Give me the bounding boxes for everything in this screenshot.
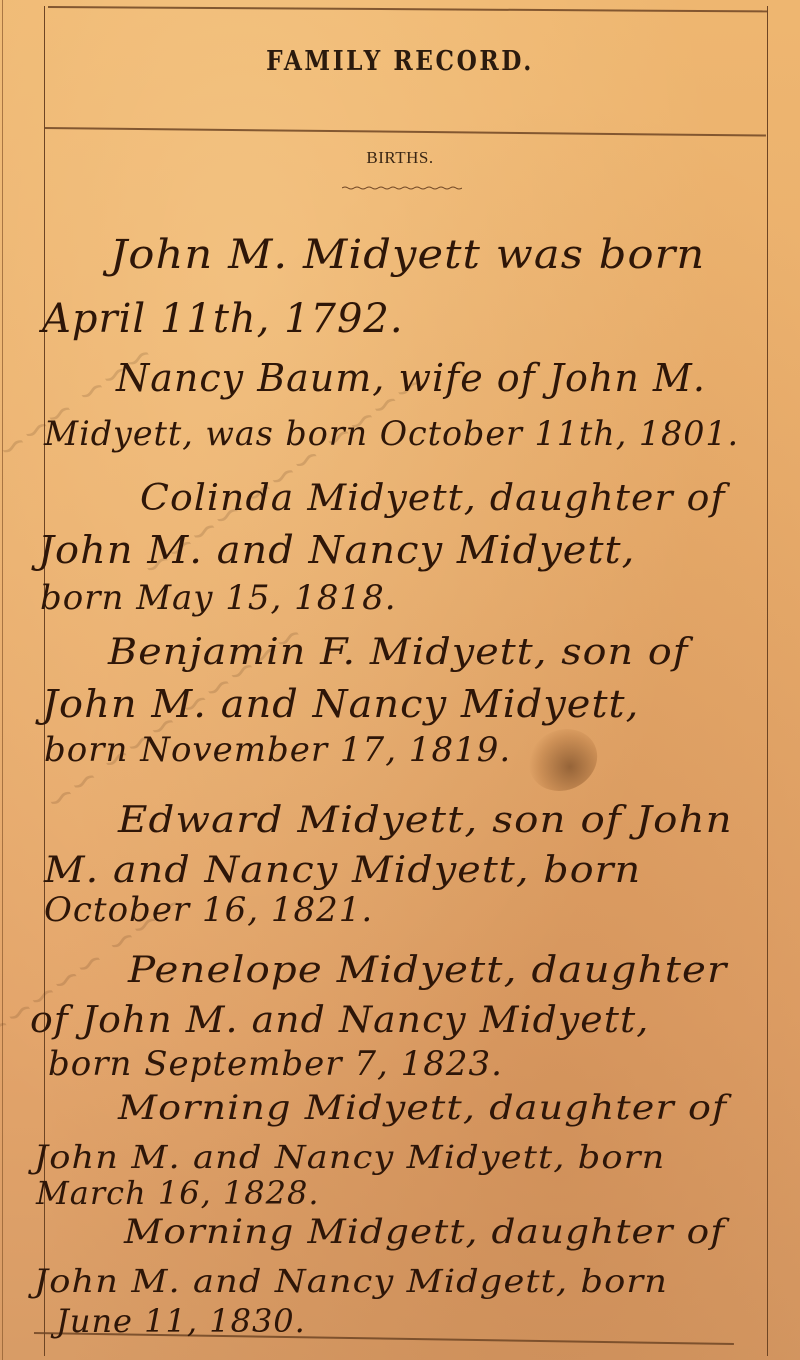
entry-line: Midyett, was born October 11th, 1801. xyxy=(44,414,739,454)
entry-line: Nancy Baum, wife of John M. xyxy=(116,356,706,400)
entry-line: April 11th, 1792. xyxy=(42,296,404,342)
entry-line: Morning Midyett, daughter of xyxy=(118,1088,727,1128)
entry-line: Penelope Midyett, daughter xyxy=(128,950,727,991)
entry-line: John M. and Nancy Midyett, born xyxy=(34,1138,665,1176)
entry-line: John M. and Nancy Midyett, xyxy=(42,682,639,726)
entry-line: of John M. and Nancy Midyett, xyxy=(30,1000,649,1041)
entry-line: June 11, 1830. xyxy=(56,1302,306,1340)
entry-line: October 16, 1821. xyxy=(44,890,373,930)
entry-line: Colinda Midyett, daughter of xyxy=(140,478,726,519)
record-page: ~~~ ~~~~ ~~~~~ ~~~~ ~~~ ~~~~ ~~~~~ ~~~ ~… xyxy=(0,0,800,1360)
entry-line: Morning Midgett, daughter of xyxy=(124,1212,725,1252)
entry-line: John M. Midyett was born xyxy=(110,232,705,278)
entry-line: John M. and Nancy Midgett, born xyxy=(34,1262,668,1300)
births-list: John M. Midyett was born April 11th, 179… xyxy=(0,0,800,1360)
entry-line: born November 17, 1819. xyxy=(44,730,511,770)
entry-line: Edward Midyett, son of John xyxy=(118,800,733,841)
entry-line: March 16, 1828. xyxy=(36,1174,320,1212)
entry-line: John M. and Nancy Midyett, xyxy=(38,528,635,572)
entry-line: M. and Nancy Midyett, born xyxy=(44,850,641,891)
entry-line: born September 7, 1823. xyxy=(48,1044,503,1084)
entry-line: Benjamin F. Midyett, son of xyxy=(108,632,689,673)
entry-line: born May 15, 1818. xyxy=(40,578,397,618)
